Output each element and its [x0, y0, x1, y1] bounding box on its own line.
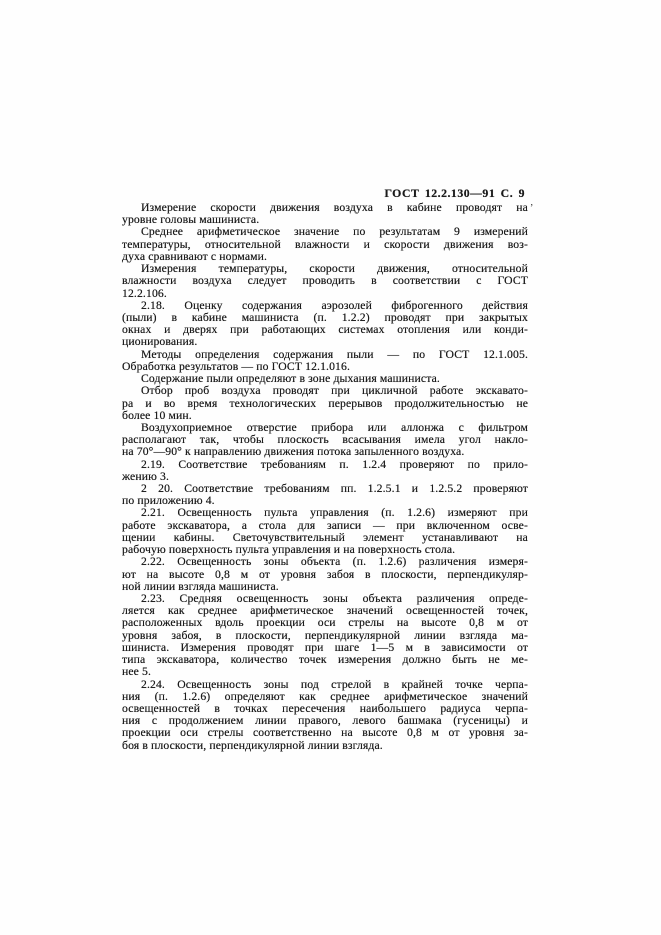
- paragraph: Измерение скорости движения воздуха в ка…: [122, 202, 528, 226]
- paragraph: 2 20. Соответствие требованиям пп. 1.2.5…: [122, 483, 528, 507]
- paragraph: Среднее арифметическое значение по резул…: [122, 226, 528, 263]
- text-line: Методы определения содержания пыли — по …: [122, 349, 528, 361]
- text-line: 2.22. Освещенность зоны объекта (п. 1.2.…: [122, 556, 528, 568]
- text-line: на 70°—90° к направлению движения потока…: [122, 446, 528, 458]
- paragraph: Измерения температуры, скорости движения…: [122, 263, 528, 300]
- paragraph: Воздухоприемное отверстие прибора или ал…: [122, 422, 528, 459]
- text-line: типа экскаватора, количество точек измер…: [122, 654, 528, 666]
- text-line: Среднее арифметическое значение по резул…: [122, 226, 528, 238]
- paragraph: 2.19. Соответствие требованиям п. 1.2.4 …: [122, 459, 528, 483]
- paragraph: 2.18. Оценку содержания аэрозолей фиброг…: [122, 300, 528, 349]
- text-line: боя в плоскости, перпендикулярной линии …: [122, 740, 528, 752]
- document-page: ГОСТ 12.2.130—91 С. 9 ’ Измерение скорос…: [0, 0, 661, 935]
- text-line: расположенных вдоль проекции оси стрелы …: [122, 617, 528, 629]
- text-line: Отбор проб воздуха проводят при циклично…: [122, 385, 528, 397]
- text-line: 12.2.106.: [122, 288, 528, 300]
- paragraph: 2.24. Освещенность зоны под стрелой в кр…: [122, 679, 528, 752]
- text-line: ционирования.: [122, 336, 528, 348]
- text-line: 2.21. Освещенность пульта управления (п.…: [122, 507, 528, 519]
- text-line: ют на высоте 0,8 м от уровня забоя в пло…: [122, 569, 528, 581]
- text-line: 2.19. Соответствие требованиям п. 1.2.4 …: [122, 459, 528, 471]
- running-header: ГОСТ 12.2.130—91 С. 9: [384, 186, 525, 201]
- text-line: 2.24. Освещенность зоны под стрелой в кр…: [122, 679, 528, 691]
- scan-speck: ’: [530, 203, 533, 214]
- paragraph: 2.21. Освещенность пульта управления (п.…: [122, 507, 528, 556]
- paragraph: Отбор проб воздуха проводят при циклично…: [122, 385, 528, 422]
- paragraph: 2.22. Освещенность зоны объекта (п. 1.2.…: [122, 556, 528, 593]
- text-line: проекции оси стрелы соответственно на вы…: [122, 727, 528, 739]
- text-line: ра и во время технологических перерывов …: [122, 398, 528, 410]
- body-text: Измерение скорости движения воздуха в ка…: [122, 202, 528, 752]
- text-line: влажности воздуха следует проводить в со…: [122, 275, 528, 287]
- paragraph: Методы определения содержания пыли — по …: [122, 349, 528, 373]
- text-line: нее 5.: [122, 666, 528, 678]
- paragraph: 2.23. Средняя освещенность зоны объекта …: [122, 593, 528, 679]
